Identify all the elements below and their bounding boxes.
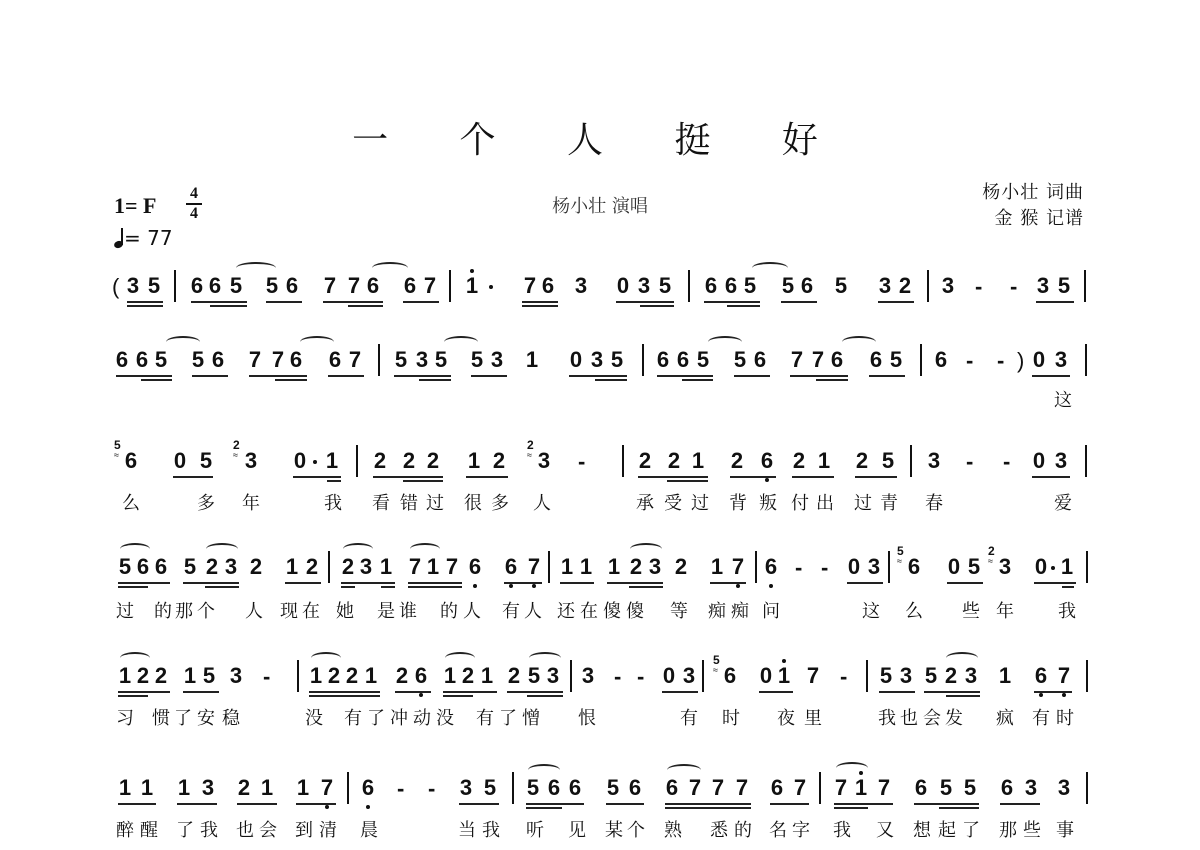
note: 3	[199, 776, 217, 800]
note: 1	[577, 555, 595, 579]
note: 6	[545, 776, 563, 800]
lyric-char: 傻	[624, 597, 646, 623]
note: 5	[779, 274, 797, 298]
beam-underline	[1034, 691, 1072, 693]
beam-underline	[419, 379, 451, 381]
note: 5	[922, 664, 940, 688]
lyric-char: 会	[921, 704, 943, 730]
lyric-char: 付	[789, 489, 811, 515]
lyric-char: 是	[375, 597, 397, 623]
lyric-char: 的	[152, 597, 174, 623]
note: 1	[323, 449, 341, 473]
note: 0	[945, 555, 963, 579]
note: 0	[1030, 348, 1048, 372]
lyric-char: 青	[878, 489, 900, 515]
beam-underline	[341, 582, 395, 584]
note: 3	[242, 449, 260, 473]
lyric-char: 恨	[576, 704, 598, 730]
note: 6	[133, 348, 151, 372]
beam-underline	[665, 807, 751, 809]
note: 3	[579, 664, 597, 688]
note: 2	[490, 449, 508, 473]
lyric-char: 了	[174, 816, 196, 842]
paren-open: (	[112, 274, 119, 300]
lyric-char: 有	[1030, 704, 1052, 730]
beam-underline	[116, 375, 172, 377]
beam-underline	[504, 582, 542, 584]
lyric-char: 有	[474, 704, 496, 730]
note: 6	[998, 776, 1016, 800]
barline	[866, 660, 868, 692]
lyric-char: 问	[760, 597, 782, 623]
lyric-char: 承	[634, 489, 656, 515]
note: 0	[757, 664, 775, 688]
beam-underline	[177, 803, 217, 805]
credits: 杨小壮 词曲 金 猴 记谱	[982, 180, 1084, 232]
note: 6	[762, 555, 780, 579]
lyric-char: 受	[662, 489, 684, 515]
composer-credit: 杨小壮 词曲	[982, 180, 1084, 206]
lyric-char: 人	[461, 597, 483, 623]
grace-note: 2≈	[233, 439, 240, 461]
note: 3	[897, 664, 915, 688]
lyric-char: 稳	[220, 704, 242, 730]
note: 6	[412, 664, 430, 688]
lyric-char: 也	[898, 704, 920, 730]
note: 1	[523, 348, 541, 372]
beam-underline	[443, 695, 473, 697]
beam-underline	[394, 375, 451, 377]
grace-note: 2≈	[527, 439, 534, 461]
lyric-char: 夜	[775, 704, 797, 730]
barline	[1086, 551, 1088, 583]
beam-underline	[210, 305, 247, 307]
beam-underline	[118, 695, 148, 697]
lyric-char: 字	[790, 816, 812, 842]
note: 3	[124, 274, 142, 298]
lyric-char: 多	[489, 489, 511, 515]
barline	[622, 445, 624, 477]
slur-arc	[343, 543, 373, 555]
note: 6	[566, 776, 584, 800]
lyric-char: 这	[860, 597, 882, 623]
beam-underline	[173, 476, 213, 478]
note: 6	[626, 776, 644, 800]
note: 3	[572, 274, 590, 298]
lyric-char: 过	[424, 489, 446, 515]
slur-arc	[120, 652, 150, 664]
lyric-char: 么	[903, 597, 925, 623]
barline	[1085, 445, 1087, 477]
note: 1	[377, 555, 395, 579]
lyric-char: 有	[678, 704, 700, 730]
beam-underline	[527, 695, 563, 697]
slur-arc	[529, 652, 561, 664]
lyric-char: 我	[831, 816, 853, 842]
note: 1	[424, 555, 442, 579]
lyric-char: 那	[997, 816, 1019, 842]
lyric-char: 爱	[1052, 489, 1074, 515]
beam-underline	[249, 375, 307, 377]
beam-underline	[560, 582, 594, 584]
lyric-char: 想	[911, 816, 933, 842]
sustain-dash: -	[397, 776, 404, 802]
note: 0	[171, 449, 189, 473]
beam-underline	[1032, 375, 1070, 377]
note: 7	[709, 776, 727, 800]
beam-underline	[381, 586, 395, 588]
barline	[1086, 660, 1088, 692]
paren: )	[1017, 348, 1024, 374]
lyric-char: 了	[172, 704, 194, 730]
lyric-char: 了	[365, 704, 387, 730]
beam-underline	[914, 803, 979, 805]
note: 5	[524, 776, 542, 800]
note: 5	[741, 274, 759, 298]
lyric-char: 憎	[520, 704, 542, 730]
note: 3	[1022, 776, 1040, 800]
beam-underline	[191, 301, 247, 303]
barline	[548, 551, 550, 583]
note: 2	[393, 664, 411, 688]
slur-arc	[372, 262, 408, 274]
note: 2	[134, 664, 152, 688]
note: 3	[925, 449, 943, 473]
note: 0	[845, 555, 863, 579]
note: 1	[478, 664, 496, 688]
beam-underline	[526, 803, 584, 805]
note: 2	[505, 664, 523, 688]
note: 7	[832, 776, 850, 800]
note: 5	[832, 274, 850, 298]
note: 2	[728, 449, 746, 473]
lyric-char: 的	[732, 816, 754, 842]
note: 1	[996, 664, 1014, 688]
note: 3	[544, 664, 562, 688]
beam-underline	[710, 582, 746, 584]
lyric-char: 现	[278, 597, 300, 623]
note: 3	[646, 555, 664, 579]
lyric-char: 些	[960, 597, 982, 623]
note: 1	[258, 776, 276, 800]
lyric-char: 时	[720, 704, 742, 730]
beam-underline	[792, 476, 834, 478]
beam-underline	[323, 301, 383, 303]
beam-underline	[1036, 301, 1074, 303]
note: 2	[325, 664, 343, 688]
lyric-char: 春	[923, 489, 945, 515]
beam-underline	[341, 586, 355, 588]
note: 0	[614, 274, 632, 298]
note: 6	[359, 776, 377, 800]
beam-underline	[183, 691, 219, 693]
beam-underline	[403, 301, 439, 303]
note: 5	[152, 348, 170, 372]
note: 6	[364, 274, 382, 298]
lyric-char: 醉	[114, 816, 136, 842]
note: 6	[867, 348, 885, 372]
note: 6	[122, 449, 140, 473]
lyric-char: 人	[531, 489, 553, 515]
beam-underline	[816, 379, 848, 381]
note: 6	[828, 348, 846, 372]
dot	[313, 460, 317, 464]
note: 1	[441, 664, 459, 688]
note: 7	[321, 274, 339, 298]
lyric-char: 了	[497, 704, 519, 730]
note: 3	[1034, 274, 1052, 298]
note: 3	[1052, 449, 1070, 473]
beam-underline	[526, 807, 562, 809]
lyric-char: 到	[293, 816, 315, 842]
tempo-value: = 77	[124, 226, 173, 250]
lyric-char: 过	[114, 597, 136, 623]
lyric-char: 年	[240, 489, 262, 515]
barline	[910, 445, 912, 477]
lyric-char: 在	[578, 597, 600, 623]
note: 7	[525, 555, 543, 579]
barline	[347, 772, 349, 804]
note: 0	[660, 664, 678, 688]
note: 3	[227, 664, 245, 688]
lyric-char: 痴	[729, 597, 751, 623]
lyric-char: 个	[625, 816, 647, 842]
sustain-dash: -	[637, 664, 644, 690]
slur-arc	[836, 762, 868, 774]
note: 2	[235, 776, 253, 800]
lyric-char: 过	[852, 489, 874, 515]
note: 5	[392, 348, 410, 372]
note: 1	[116, 776, 134, 800]
note: 5	[604, 776, 622, 800]
note: 3	[488, 348, 506, 372]
lyric-char: 在	[300, 597, 322, 623]
lyric-char: 有	[342, 704, 364, 730]
note: 3	[680, 664, 698, 688]
lyric-char: 等	[668, 597, 690, 623]
lyric-char: 有	[500, 597, 522, 623]
beam-underline	[834, 807, 868, 809]
note: 1	[1058, 555, 1076, 579]
barline	[642, 344, 644, 376]
note: 5	[200, 664, 218, 688]
barline	[356, 445, 358, 477]
note: 3	[222, 555, 240, 579]
note: 6	[654, 348, 672, 372]
beam-underline	[569, 375, 627, 377]
note: 2	[303, 555, 321, 579]
note: 3	[1055, 776, 1073, 800]
dot	[489, 285, 493, 289]
note: 7	[733, 776, 751, 800]
note: 6	[1032, 664, 1050, 688]
lyric-char: 背	[727, 489, 749, 515]
note: 3	[635, 274, 653, 298]
note: 2	[942, 664, 960, 688]
beam-underline	[327, 480, 341, 482]
note: 7	[1055, 664, 1073, 688]
note: 2	[400, 449, 418, 473]
note: 2	[672, 555, 690, 579]
barline	[1084, 270, 1086, 302]
beam-underline	[118, 691, 170, 693]
beam-underline	[834, 803, 893, 805]
note: 2	[424, 449, 442, 473]
beam-underline	[275, 379, 307, 381]
note: 3	[357, 555, 375, 579]
song-title: 一 个 人 挺 好	[0, 112, 1200, 163]
beam-underline	[790, 375, 848, 377]
note: 6	[702, 274, 720, 298]
lyric-char: 听	[524, 816, 546, 842]
lyric-char: 傻	[601, 597, 623, 623]
lyric-char: 也	[234, 816, 256, 842]
note: 1	[138, 776, 156, 800]
beam-underline	[471, 375, 507, 377]
lyric-char: 我	[1056, 597, 1078, 623]
note: 7	[346, 348, 364, 372]
slur-arc	[946, 652, 978, 664]
note: 6	[768, 776, 786, 800]
note: 7	[345, 274, 363, 298]
note: 6	[539, 274, 557, 298]
beam-underline	[662, 691, 698, 693]
slur-arc	[410, 543, 440, 555]
note: 7	[246, 348, 264, 372]
beam-underline	[1032, 476, 1070, 478]
note: 6	[134, 555, 152, 579]
lyric-char: 动	[411, 704, 433, 730]
beam-underline	[507, 691, 563, 693]
beam-underline	[293, 476, 341, 478]
barline	[688, 270, 690, 302]
note: 1	[307, 664, 325, 688]
note: 5	[432, 348, 450, 372]
lyric-char: 时	[1054, 704, 1076, 730]
beam-underline	[682, 379, 713, 381]
barline	[570, 660, 572, 692]
note: 3	[939, 274, 957, 298]
beam-underline	[734, 375, 770, 377]
note: 3	[996, 555, 1014, 579]
note: 5	[189, 348, 207, 372]
lyric-char: 起	[936, 816, 958, 842]
lyric-char: 事	[1054, 816, 1076, 842]
barline	[1085, 344, 1087, 376]
note: 2	[665, 449, 683, 473]
beam-underline	[759, 691, 793, 693]
lyric-char: 我	[322, 489, 344, 515]
note: 5	[116, 555, 134, 579]
note: 2	[627, 555, 645, 579]
sustain-dash: -	[840, 664, 847, 690]
note: 6	[188, 274, 206, 298]
beam-underline	[730, 476, 776, 478]
note: 5	[656, 274, 674, 298]
beam-underline	[640, 305, 674, 307]
note: 3	[588, 348, 606, 372]
beam-underline	[127, 305, 163, 307]
note: 3	[535, 449, 553, 473]
lyric-char: 年	[994, 597, 1016, 623]
beam-underline	[606, 803, 644, 805]
beam-underline	[522, 305, 558, 307]
beam-underline	[459, 803, 499, 805]
note: 2	[203, 555, 221, 579]
beam-underline	[869, 375, 905, 377]
note: 5	[608, 348, 626, 372]
beam-underline	[638, 476, 708, 478]
beam-underline	[781, 301, 817, 303]
note: 0	[1030, 449, 1048, 473]
note: 2	[247, 555, 265, 579]
note: 6	[113, 348, 131, 372]
lyric-char: 又	[874, 816, 896, 842]
lyric-char: 里	[802, 704, 824, 730]
note: 1	[852, 776, 870, 800]
barline	[378, 344, 380, 376]
barline	[174, 270, 176, 302]
note: 5	[468, 348, 486, 372]
lyric-char: 她	[334, 597, 356, 623]
slur-arc	[311, 652, 341, 664]
lyric-char: 悉	[708, 816, 730, 842]
beam-underline	[309, 691, 380, 693]
lyric-char: 疯	[994, 704, 1016, 730]
beam-underline	[118, 586, 148, 588]
lyric-char: 谁	[397, 597, 419, 623]
sustain-dash: -	[1010, 274, 1017, 300]
lyric-char: 么	[120, 489, 142, 515]
beam-underline	[947, 582, 983, 584]
barline	[755, 551, 757, 583]
lyric-char: 过	[689, 489, 711, 515]
grace-note: 5≈	[713, 654, 720, 676]
lyric-char: 痴	[706, 597, 728, 623]
slur-arc	[630, 543, 662, 555]
grace-note: 5≈	[114, 439, 121, 461]
beam-underline	[879, 691, 915, 693]
lyric-char: 冲	[388, 704, 410, 730]
note: 5	[879, 449, 897, 473]
note: 5	[731, 348, 749, 372]
beam-underline	[667, 480, 708, 482]
barline	[927, 270, 929, 302]
note: 7	[804, 664, 822, 688]
note: 6	[466, 555, 484, 579]
note: 6	[758, 449, 776, 473]
beam-underline	[373, 476, 443, 478]
note: 2	[343, 664, 361, 688]
sustain-dash: -	[975, 274, 982, 300]
note: 5	[227, 274, 245, 298]
beam-underline	[183, 582, 239, 584]
note: 1	[689, 449, 707, 473]
lyric-char: 看	[370, 489, 392, 515]
slur-arc	[206, 543, 238, 555]
note: 1	[558, 555, 576, 579]
note: 1	[294, 776, 312, 800]
note: 5	[877, 664, 895, 688]
note: 6	[751, 348, 769, 372]
note: 6	[401, 274, 419, 298]
note: 6	[663, 776, 681, 800]
note: 2	[636, 449, 654, 473]
sustain-dash: -	[1003, 449, 1010, 475]
note: 5	[481, 776, 499, 800]
barline	[449, 270, 451, 302]
note: 7	[788, 348, 806, 372]
